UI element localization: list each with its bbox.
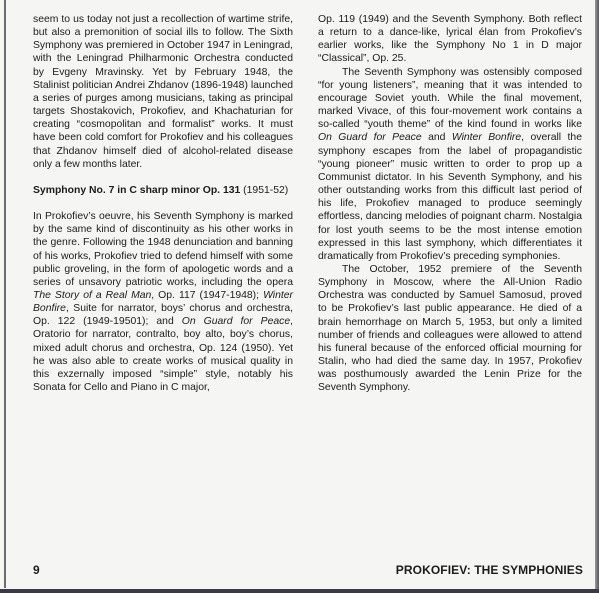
bottom-scan-edge (0, 589, 599, 593)
right-column: Op. 119 (1949) and the Seventh Symphony.… (318, 13, 582, 395)
paragraph-premiere: The October, 1952 premiere of the Sevent… (318, 263, 582, 395)
text-run: , overall the symphony escapes from the … (318, 132, 582, 261)
heading-title: Symphony No. 7 in C sharp minor Op. 131 (33, 185, 240, 196)
work-title: Winter Bonfire (452, 132, 521, 143)
page-number: 9 (33, 563, 40, 577)
text-run: The Seventh Symphony was ostensibly comp… (318, 67, 582, 131)
left-column: seem to us today not just a recollection… (33, 13, 293, 394)
text-run: , Op. 117 (1947-1948); (151, 290, 263, 301)
section-heading: Symphony No. 7 in C sharp minor Op. 131 … (33, 184, 293, 197)
paragraph-seventh-intro: In Prokofiev’s oeuvre, his Seventh Symph… (33, 210, 293, 394)
right-page-edge (595, 0, 599, 593)
paragraph-sixth-symphony-end: seem to us today not just a recollection… (33, 13, 293, 171)
left-border-line (4, 0, 6, 588)
work-title: On Guard for Peace (318, 132, 422, 143)
paragraph-young-listeners: The Seventh Symphony was ostensibly comp… (318, 66, 582, 263)
heading-years: (1951-52) (243, 185, 288, 196)
work-title: On Guard for Peace (182, 316, 290, 327)
running-footer-title: PROKOFIEV: THE SYMPHONIES (396, 563, 583, 577)
work-title: The Story of a Real Man (33, 290, 151, 301)
booklet-page: seem to us today not just a recollection… (0, 0, 599, 593)
text-run: and (422, 132, 452, 143)
paragraph-continuation: Op. 119 (1949) and the Seventh Symphony.… (318, 13, 582, 66)
text-run: , Oratorio for narrator, contralto, boy … (33, 316, 293, 393)
text-run: In Prokofiev’s oeuvre, his Seventh Symph… (33, 211, 293, 288)
